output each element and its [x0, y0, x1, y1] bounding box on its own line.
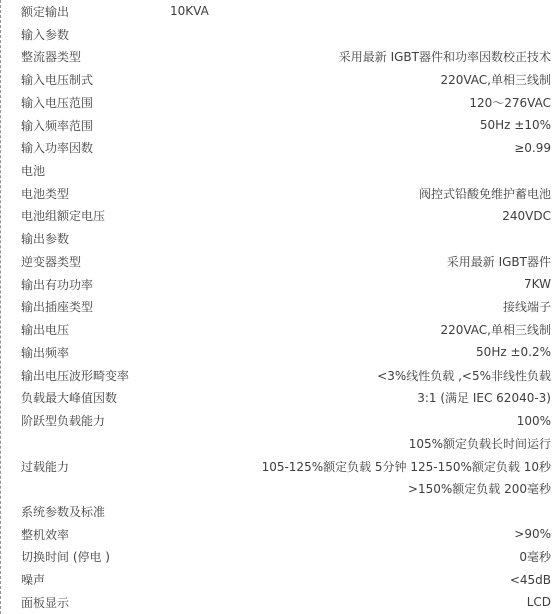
spec-value: 105-125%额定负载 5分钟 125-150%额定负载 10秒 [170, 458, 558, 475]
spec-row-input-voltage-system: 输入电压制式 220VAC,单相三线制 [1, 68, 558, 91]
spec-value: 240VDC [170, 209, 558, 223]
spec-row-output-socket-type: 输出插座类型 接线端子 [1, 296, 558, 319]
spec-label: 整机效率 [1, 526, 170, 543]
spec-value: 采用最新 IGBT器件和功率因数校正技术 [170, 48, 558, 65]
spec-value: 50Hz ±10% [170, 118, 558, 132]
spec-label: 整流器类型 [1, 48, 170, 65]
spec-value: LCD [170, 595, 558, 609]
spec-value: 100% [170, 414, 558, 428]
spec-row-rectifier-type: 整流器类型 采用最新 IGBT器件和功率因数校正技术 [1, 45, 558, 68]
spec-row-input-voltage-range: 输入电压范围 120～276VAC [1, 91, 558, 114]
spec-label: 额定输出 [1, 3, 170, 20]
spec-section-row-output-params: 输出参数 [1, 227, 558, 250]
spec-value: 3:1 (满足 IEC 62040-3) [170, 389, 558, 406]
spec-section-row-battery: 电池 [1, 159, 558, 182]
spec-row-input-power-factor: 输入功率因数 ≥0.99 [1, 136, 558, 159]
spec-value: <45dB [170, 573, 558, 587]
spec-section-label: 输出参数 [1, 230, 170, 247]
spec-label: 输出电压波形畸变率 [1, 367, 170, 384]
spec-value: 220VAC,单相三线制 [170, 71, 558, 88]
spec-value: 10KVA [170, 4, 558, 18]
spec-label: 负载最大峰值因数 [1, 389, 170, 406]
spec-label: 阶跃型负载能力 [1, 412, 170, 429]
spec-row-noise: 噪声 <45dB [1, 568, 558, 591]
spec-label: 输入功率因数 [1, 139, 170, 156]
spec-label: 输入电压范围 [1, 94, 170, 111]
spec-value: 采用最新 IGBT器件 [170, 253, 558, 270]
spec-label: 切换时间 (停电 ) [1, 548, 170, 565]
spec-label: 电池类型 [1, 185, 170, 202]
spec-value: >90% [170, 527, 558, 541]
spec-value: 7KW [170, 277, 558, 291]
spec-row-overload-line-3: >150%额定负载 200毫秒 [1, 477, 558, 500]
spec-label: 输出有功功率 [1, 276, 170, 293]
spec-table: 额定输出 10KVA 输入参数 整流器类型 采用最新 IGBT器件和功率因数校正… [0, 0, 558, 614]
spec-row-battery-rated-voltage: 电池组额定电压 240VDC [1, 205, 558, 228]
spec-value: ≥0.99 [170, 141, 558, 155]
spec-label: 噪声 [1, 571, 170, 588]
spec-row-step-load-capability: 阶跃型负载能力 100% [1, 409, 558, 432]
spec-row-input-frequency-range: 输入频率范围 50Hz ±10% [1, 114, 558, 137]
spec-label: 输入电压制式 [1, 71, 170, 88]
spec-section-label: 输入参数 [1, 26, 170, 43]
spec-value: 50Hz ±0.2% [170, 345, 558, 359]
spec-row-overload-capability: 过载能力 105-125%额定负载 5分钟 125-150%额定负载 10秒 [1, 455, 558, 478]
spec-value: >150%额定负载 200毫秒 [170, 480, 558, 497]
spec-label: 输出频率 [1, 344, 170, 361]
spec-value: 接线端子 [170, 298, 558, 315]
spec-row-panel-display: 面板显示 LCD [1, 591, 558, 614]
spec-value: 220VAC,单相三线制 [170, 321, 558, 338]
spec-section-row-system-params: 系统参数及标准 [1, 500, 558, 523]
spec-label: 面板显示 [1, 594, 170, 611]
spec-row-output-frequency: 输出频率 50Hz ±0.2% [1, 341, 558, 364]
spec-section-label: 电池 [1, 162, 170, 179]
spec-label: 电池组额定电压 [1, 207, 170, 224]
spec-section-label: 系统参数及标准 [1, 503, 170, 520]
spec-label: 逆变器类型 [1, 253, 170, 270]
spec-row-output-voltage: 输出电压 220VAC,单相三线制 [1, 318, 558, 341]
spec-value: 0毫秒 [170, 548, 558, 565]
spec-row-transfer-time: 切换时间 (停电 ) 0毫秒 [1, 546, 558, 569]
spec-value: 120～276VAC [170, 94, 558, 111]
spec-row-load-crest-factor: 负载最大峰值因数 3:1 (满足 IEC 62040-3) [1, 386, 558, 409]
spec-row-battery-type: 电池类型 阀控式铅酸免维护蓄电池 [1, 182, 558, 205]
spec-row-output-active-power: 输出有功功率 7KW [1, 273, 558, 296]
spec-row-output-voltage-distortion: 输出电压波形畸变率 <3%线性负载 ,<5%非线性负载 [1, 364, 558, 387]
spec-row-overload-line-1: 105%额定负载长时间运行 [1, 432, 558, 455]
spec-value: <3%线性负载 ,<5%非线性负载 [170, 367, 558, 384]
spec-value: 阀控式铅酸免维护蓄电池 [170, 185, 558, 202]
spec-row-rated-output: 额定输出 10KVA [1, 0, 558, 23]
spec-label: 过载能力 [1, 458, 170, 475]
spec-row-inverter-type: 逆变器类型 采用最新 IGBT器件 [1, 250, 558, 273]
spec-row-overall-efficiency: 整机效率 >90% [1, 523, 558, 546]
spec-label: 输出电压 [1, 321, 170, 338]
spec-value: 105%额定负载长时间运行 [170, 435, 558, 452]
spec-section-row-input-params: 输入参数 [1, 23, 558, 46]
spec-label: 输入频率范围 [1, 117, 170, 134]
spec-label: 输出插座类型 [1, 298, 170, 315]
